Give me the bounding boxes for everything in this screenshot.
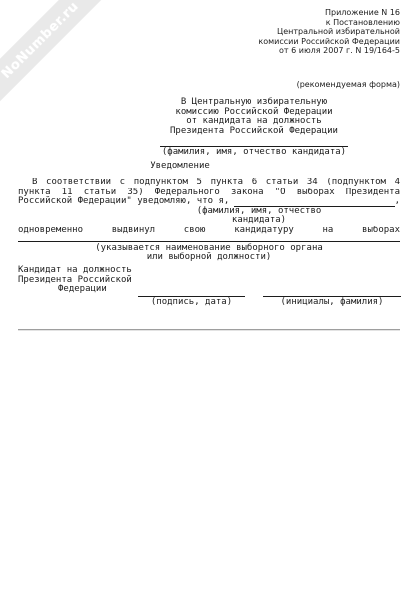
signature-date-blank-line [138, 266, 245, 297]
addressee-block: В Центральную избирательную комиссию Рос… [158, 98, 350, 136]
appendix-header: Приложение N 16 к Постановлению Централь… [190, 8, 400, 56]
paragraph-line: В соответствии с подпунктом 5 пункта 6 с… [18, 178, 400, 188]
initials-surname-caption: (инициалы, фамилия) [263, 298, 401, 308]
paragraph-line: одновременно выдвинул свою кандидатуру н… [18, 226, 400, 236]
elective-office-blank-line [18, 236, 400, 242]
candidate-name-caption: (фамилия, имя, отчество кандидата) [153, 148, 355, 158]
signature-block: Кандидат на должность Президента Российс… [18, 266, 400, 316]
appendix-header-line: от 6 июля 2007 г. N 19/164-5 [190, 46, 400, 56]
appendix-header-line: Приложение N 16 [190, 8, 400, 18]
blank-caption-line: кандидата) [193, 216, 325, 226]
bottom-divider [18, 329, 400, 330]
appendix-header-line: Центральной избирательной [190, 27, 400, 37]
watermark-band: NoNumber.ru [0, 0, 114, 114]
recommended-form-note: (рекомендуемая форма) [190, 80, 400, 90]
paragraph-text: , [395, 197, 400, 207]
candidate-name-blank-line [160, 138, 348, 147]
document-title: Уведомление [18, 162, 342, 172]
document-page: NoNumber.ru Приложение N 16 к Постановле… [0, 0, 420, 600]
initials-surname-blank-line [263, 266, 401, 297]
blank-caption: (фамилия, имя, отчество кандидата) [193, 207, 325, 226]
notification-paragraph: В соответствии с подпунктом 5 пункта 6 с… [18, 178, 400, 263]
appendix-header-line: комиссии Российской Федерации [190, 37, 400, 47]
elective-office-caption-line: или выборной должности) [18, 253, 400, 263]
signature-date-caption: (подпись, дата) [138, 298, 245, 308]
appendix-header-line: к Постановлению [190, 18, 400, 28]
addressee-line: Президента Российской Федерации [158, 127, 350, 137]
watermark-text: NoNumber.ru [0, 0, 81, 81]
